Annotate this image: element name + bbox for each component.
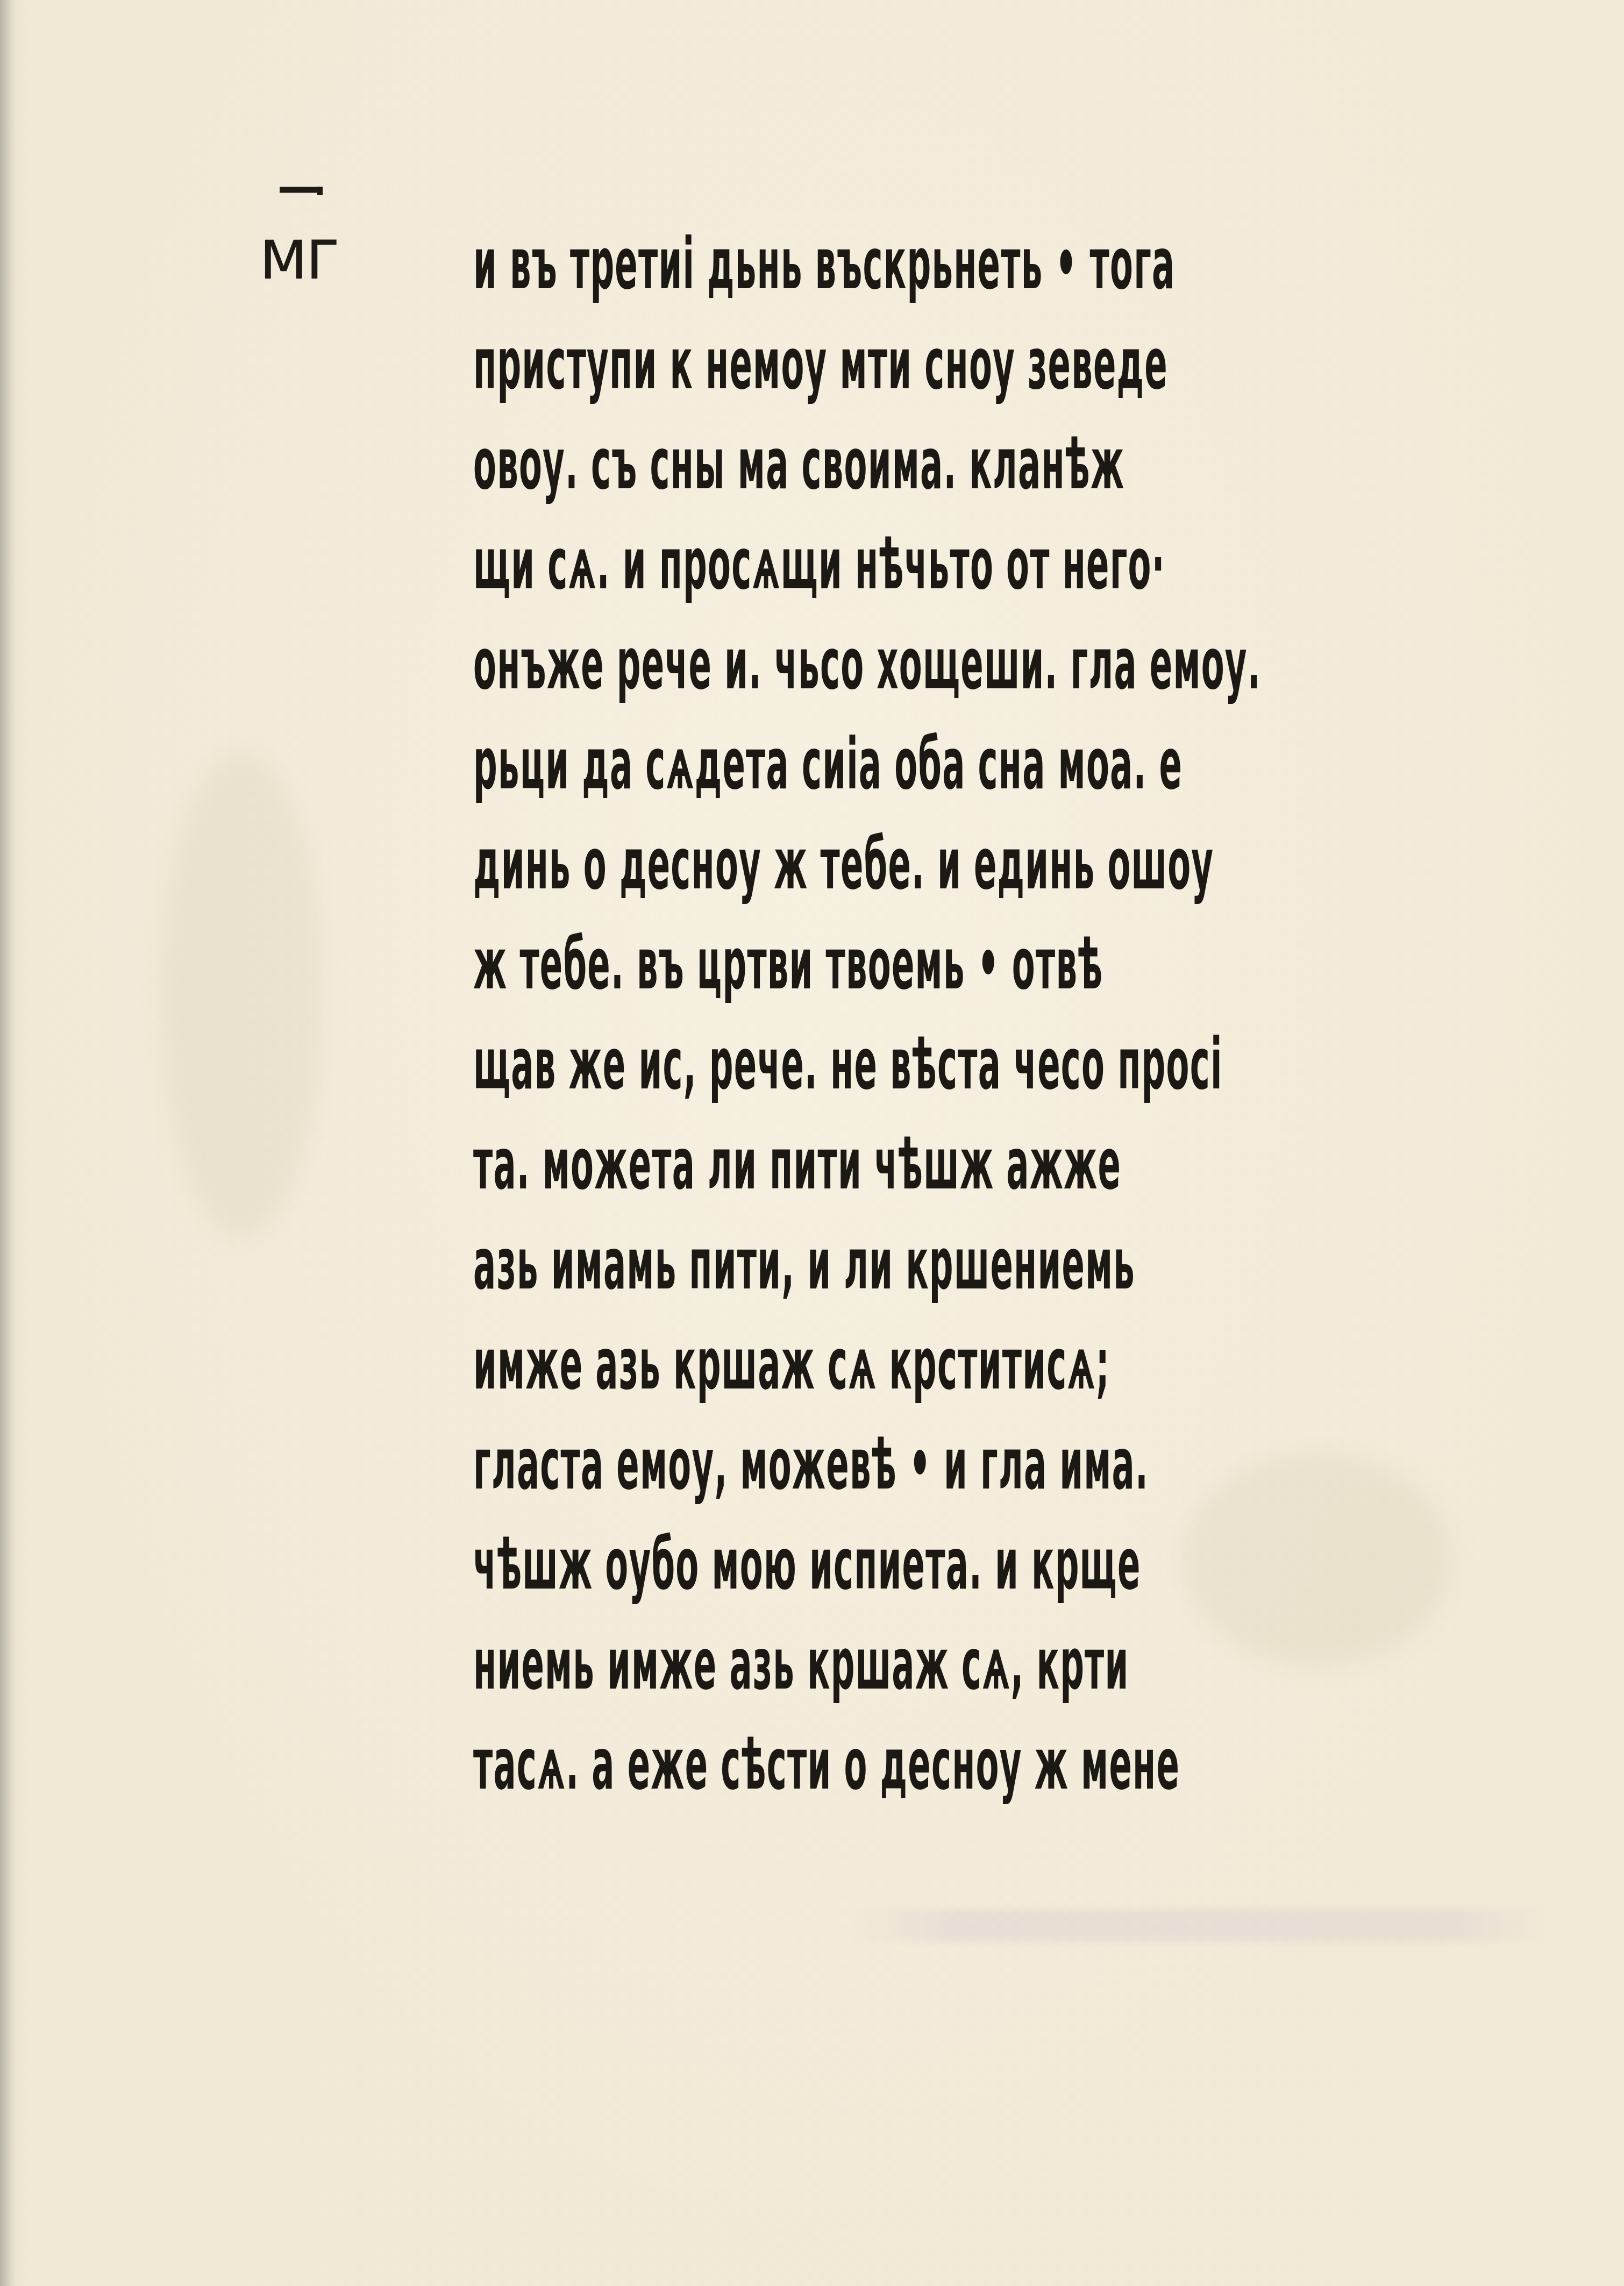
text-line: онъже рече и. чьсо хощеши. гла емоу. xyxy=(473,614,1506,714)
folio-number: мг xyxy=(259,219,338,290)
titlo-mark-icon xyxy=(280,187,323,195)
text-line: азь имамь пити, и ли кршениемь xyxy=(473,1214,1506,1314)
text-line-content: щав же ис, рече. не вѣста чесо просі xyxy=(473,1023,1223,1105)
text-line-content: онъже рече и. чьсо хощеши. гла емоу. xyxy=(473,623,1261,705)
manuscript-text-block: и въ третиі дьнь въскрьнеть • тога прист… xyxy=(473,214,1506,1814)
text-line-content: щи сѧ. и просѧщи нѣчьто от него· xyxy=(473,523,1165,605)
text-line: щи сѧ. и просѧщи нѣчьто от него· xyxy=(473,514,1506,614)
text-line-content: тасѧ. а еже сѣсти о десноу ж мене xyxy=(473,1723,1180,1805)
text-line: ж тебе. въ цртви твоемь • отвѣ xyxy=(473,914,1506,1014)
reverse-side-show-through xyxy=(850,1909,1549,1941)
text-line-content: приступи к немоу мти сноу зеведе xyxy=(473,323,1168,405)
text-line: овоу. съ сны ма своима. кланѣж xyxy=(473,414,1506,514)
text-line: та. можета ли пити чѣшж ажже xyxy=(473,1114,1506,1214)
text-line: ниемь имже азь кршаж сѧ, крти xyxy=(473,1614,1506,1714)
text-line: рьци да сѧдета сиіа оба сна моа. е xyxy=(473,714,1506,814)
text-line-content: овоу. съ сны ма своима. кланѣж xyxy=(473,423,1124,505)
text-line-content: ж тебе. въ цртви твоемь • отвѣ xyxy=(473,923,1103,1005)
folio-number-text: мг xyxy=(259,213,338,296)
text-line-content: и въ третиі дьнь въскрьнеть • тога xyxy=(473,223,1175,305)
text-line: тасѧ. а еже сѣсти о десноу ж мене xyxy=(473,1714,1506,1814)
text-line-content: имже азь кршаж сѧ крститисѧ; xyxy=(473,1323,1110,1405)
text-line: и въ третиі дьнь въскрьнеть • тога xyxy=(473,214,1506,314)
manuscript-page: мг и въ третиі дьнь въскрьнеть • тога пр… xyxy=(0,0,1624,2286)
text-line-content: гласта емоу, можевѣ • и гла има. xyxy=(473,1423,1149,1505)
text-line: щав же ис, рече. не вѣста чесо просі xyxy=(473,1014,1506,1114)
text-line: имже азь кршаж сѧ крститисѧ; xyxy=(473,1314,1506,1414)
binding-gutter-shadow xyxy=(0,0,16,2286)
text-line: приступи к немоу мти сноу зеведе xyxy=(473,314,1506,414)
text-line: гласта емоу, можевѣ • и гла има. xyxy=(473,1414,1506,1514)
text-line-content: та. можета ли пити чѣшж ажже xyxy=(473,1123,1121,1205)
text-line-content: ниемь имже азь кршаж сѧ, крти xyxy=(473,1623,1129,1705)
text-line: динь о десноу ж тебе. и единь ошоу xyxy=(473,814,1506,914)
text-line-content: чѣшж оубо мою испиета. и крще xyxy=(473,1523,1141,1605)
text-line: чѣшж оубо мою испиета. и крще xyxy=(473,1514,1506,1614)
text-line-content: динь о десноу ж тебе. и единь ошоу xyxy=(473,823,1214,905)
text-line-content: рьци да сѧдета сиіа оба сна моа. е xyxy=(473,723,1183,805)
paper-stain xyxy=(161,753,323,1237)
text-line-content: азь имамь пити, и ли кршениемь xyxy=(473,1223,1135,1305)
